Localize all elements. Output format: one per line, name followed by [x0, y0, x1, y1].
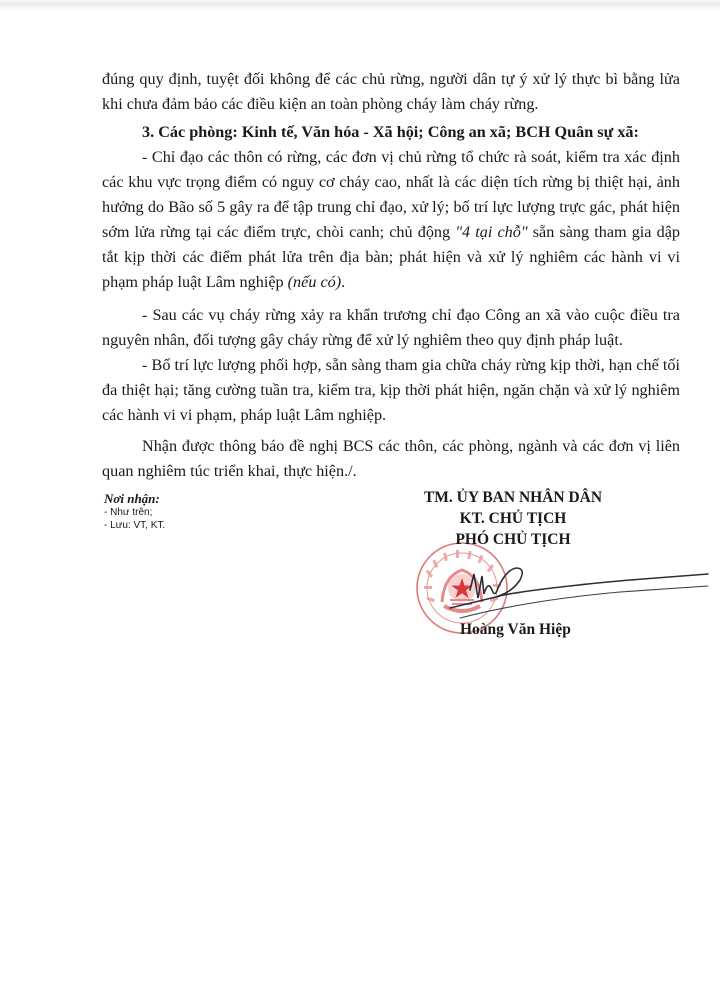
- section-3-item-3: - Bố trí lực lượng phối hợp, sẵn sàng th…: [102, 353, 680, 428]
- section-3-item-1: - Chỉ đạo các thôn có rừng, các đơn vị c…: [102, 145, 680, 295]
- signer-name: Hoàng Văn Hiệp: [460, 620, 600, 640]
- recipient-item: - Như trên;: [104, 506, 304, 519]
- signature-title-3: PHÓ CHỦ TỊCH: [408, 529, 618, 550]
- item-1-text-end: .: [341, 273, 345, 291]
- signature-block: TM. ỦY BAN NHÂN DÂN KT. CHỦ TỊCH PHÓ CHỦ…: [408, 487, 618, 550]
- recipient-item: - Lưu: VT, KT.: [104, 519, 304, 532]
- handwritten-signature-icon: [440, 560, 710, 620]
- closing-paragraph: Nhận được thông báo đề nghị BCS các thôn…: [102, 434, 680, 484]
- item-1-quote: "4 tại chỗ": [455, 223, 527, 241]
- top-shadow-bar: [0, 0, 720, 10]
- section-3-item-2: - Sau các vụ cháy rừng xảy ra khẩn trươn…: [102, 303, 680, 353]
- recipients-block: Nơi nhận: - Như trên; - Lưu: VT, KT.: [104, 491, 304, 532]
- recipients-label: Nơi nhận:: [104, 491, 304, 506]
- signature-title-2: KT. CHỦ TỊCH: [408, 508, 618, 529]
- item-1-note: (nếu có): [288, 273, 341, 291]
- section-3-heading: 3. Các phòng: Kinh tế, Văn hóa - Xã hội;…: [142, 120, 682, 145]
- signature-title-1: TM. ỦY BAN NHÂN DÂN: [408, 487, 618, 508]
- continuation-paragraph: đúng quy định, tuyệt đối không để các ch…: [102, 67, 680, 117]
